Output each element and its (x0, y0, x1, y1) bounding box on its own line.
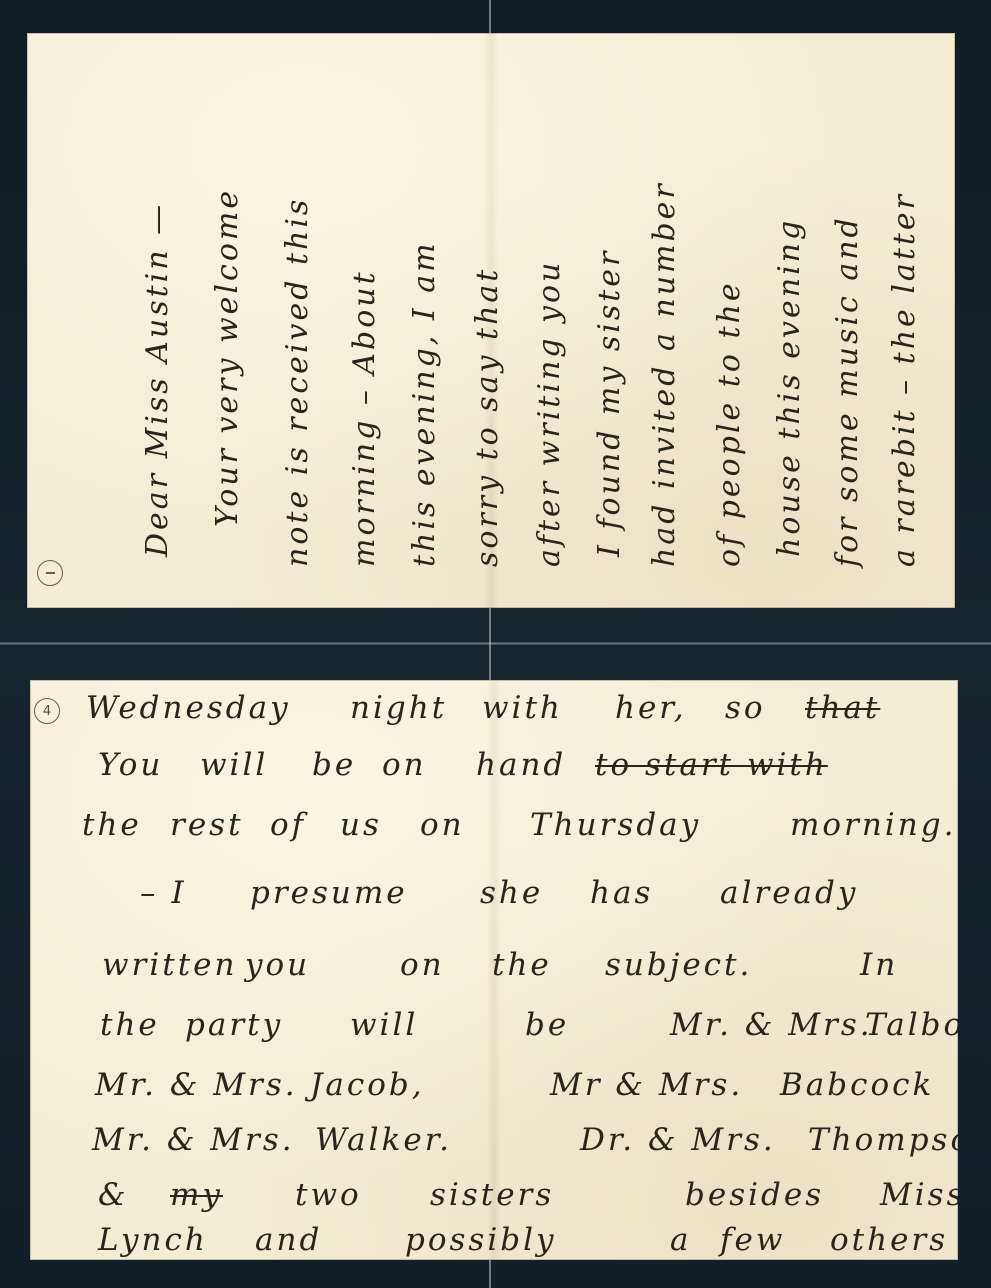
word: Thompson (808, 1120, 958, 1160)
word: a (670, 1220, 691, 1260)
word: on (382, 745, 427, 785)
word: be (525, 1005, 569, 1045)
word: the (82, 805, 142, 845)
word: Mr. & Mrs. (95, 1065, 298, 1105)
letter-line: of people to the (713, 280, 747, 567)
word: she (480, 873, 543, 913)
word: – I (140, 873, 187, 913)
word: with (482, 688, 563, 728)
word: night (350, 688, 447, 728)
word: so (725, 688, 766, 728)
page-number-1-circle (37, 560, 63, 586)
word: be (312, 745, 356, 785)
word: morning. (790, 805, 956, 845)
letter-line: a rarebit – the latter (888, 192, 922, 567)
letter-line: Your very welcome (211, 188, 245, 527)
struck-word: that (805, 688, 880, 728)
word: will (200, 745, 268, 785)
word: sisters (430, 1175, 554, 1215)
letter-line: had invited a number (648, 181, 682, 567)
word: her, (615, 688, 687, 728)
word: Jacob, (310, 1065, 425, 1105)
word: the (100, 1005, 160, 1045)
word: already (720, 873, 858, 913)
word: Mr. & Mrs. (92, 1120, 295, 1160)
struck-phrase: to start with (595, 745, 828, 785)
word: and (255, 1220, 322, 1260)
word: Thursday (530, 805, 701, 845)
page-number-4-circle: 4 (34, 698, 60, 724)
word: hand (476, 745, 566, 785)
word: of (270, 805, 306, 845)
word: you (245, 945, 310, 985)
word: Talbot (865, 1005, 958, 1045)
word: Mr & Mrs. (550, 1065, 743, 1105)
word: besides (685, 1175, 824, 1215)
word: the (492, 945, 552, 985)
word: Lynch (98, 1220, 208, 1260)
word: possibly (405, 1220, 557, 1260)
word: subject. (605, 945, 752, 985)
struck-word: my (170, 1175, 223, 1215)
word: on (420, 805, 465, 845)
word: Wednesday (86, 688, 291, 728)
word: few (720, 1220, 785, 1260)
letter-line: after writing you (533, 260, 567, 567)
letter-line: note is received this (281, 197, 315, 567)
word: Mr. & Mrs. (670, 1005, 873, 1045)
word: party (185, 1005, 283, 1045)
letter-line: I found my sister (593, 249, 627, 557)
vertical-fold-crease-bottom (489, 1260, 491, 1288)
word: has (590, 873, 653, 913)
letter-page-4: 4 Wednesday night with her, so that You … (30, 680, 958, 1260)
letter-line: morning – About (348, 269, 382, 567)
letter-page-1: Dear Miss Austin — Your very welcome not… (27, 33, 955, 608)
letter-line: for some music and (831, 215, 865, 567)
word: You (98, 745, 163, 785)
word: two (295, 1175, 362, 1215)
letter-line: Dear Miss Austin — (141, 202, 175, 557)
word: rest (170, 805, 244, 845)
vertical-fold-crease-middle (489, 608, 491, 680)
word: Dr. & Mrs. (580, 1120, 776, 1160)
word: presume (250, 873, 408, 913)
word: & (98, 1175, 129, 1215)
letter-line: this evening, I am (408, 240, 442, 567)
word: In (860, 945, 898, 985)
word: will (350, 1005, 418, 1045)
word: on (400, 945, 445, 985)
word: written (102, 945, 238, 985)
letter-line: house this evening (773, 218, 807, 557)
letter-line-with-strike: sorry to say that (471, 267, 505, 567)
word: others (830, 1220, 948, 1260)
horizontal-fold-crease (0, 642, 991, 645)
vertical-fold-crease-top (489, 0, 491, 33)
word: us (340, 805, 382, 845)
word: Walker. (315, 1120, 452, 1160)
word: Miss (880, 1175, 958, 1215)
word: Babcock (780, 1065, 934, 1105)
